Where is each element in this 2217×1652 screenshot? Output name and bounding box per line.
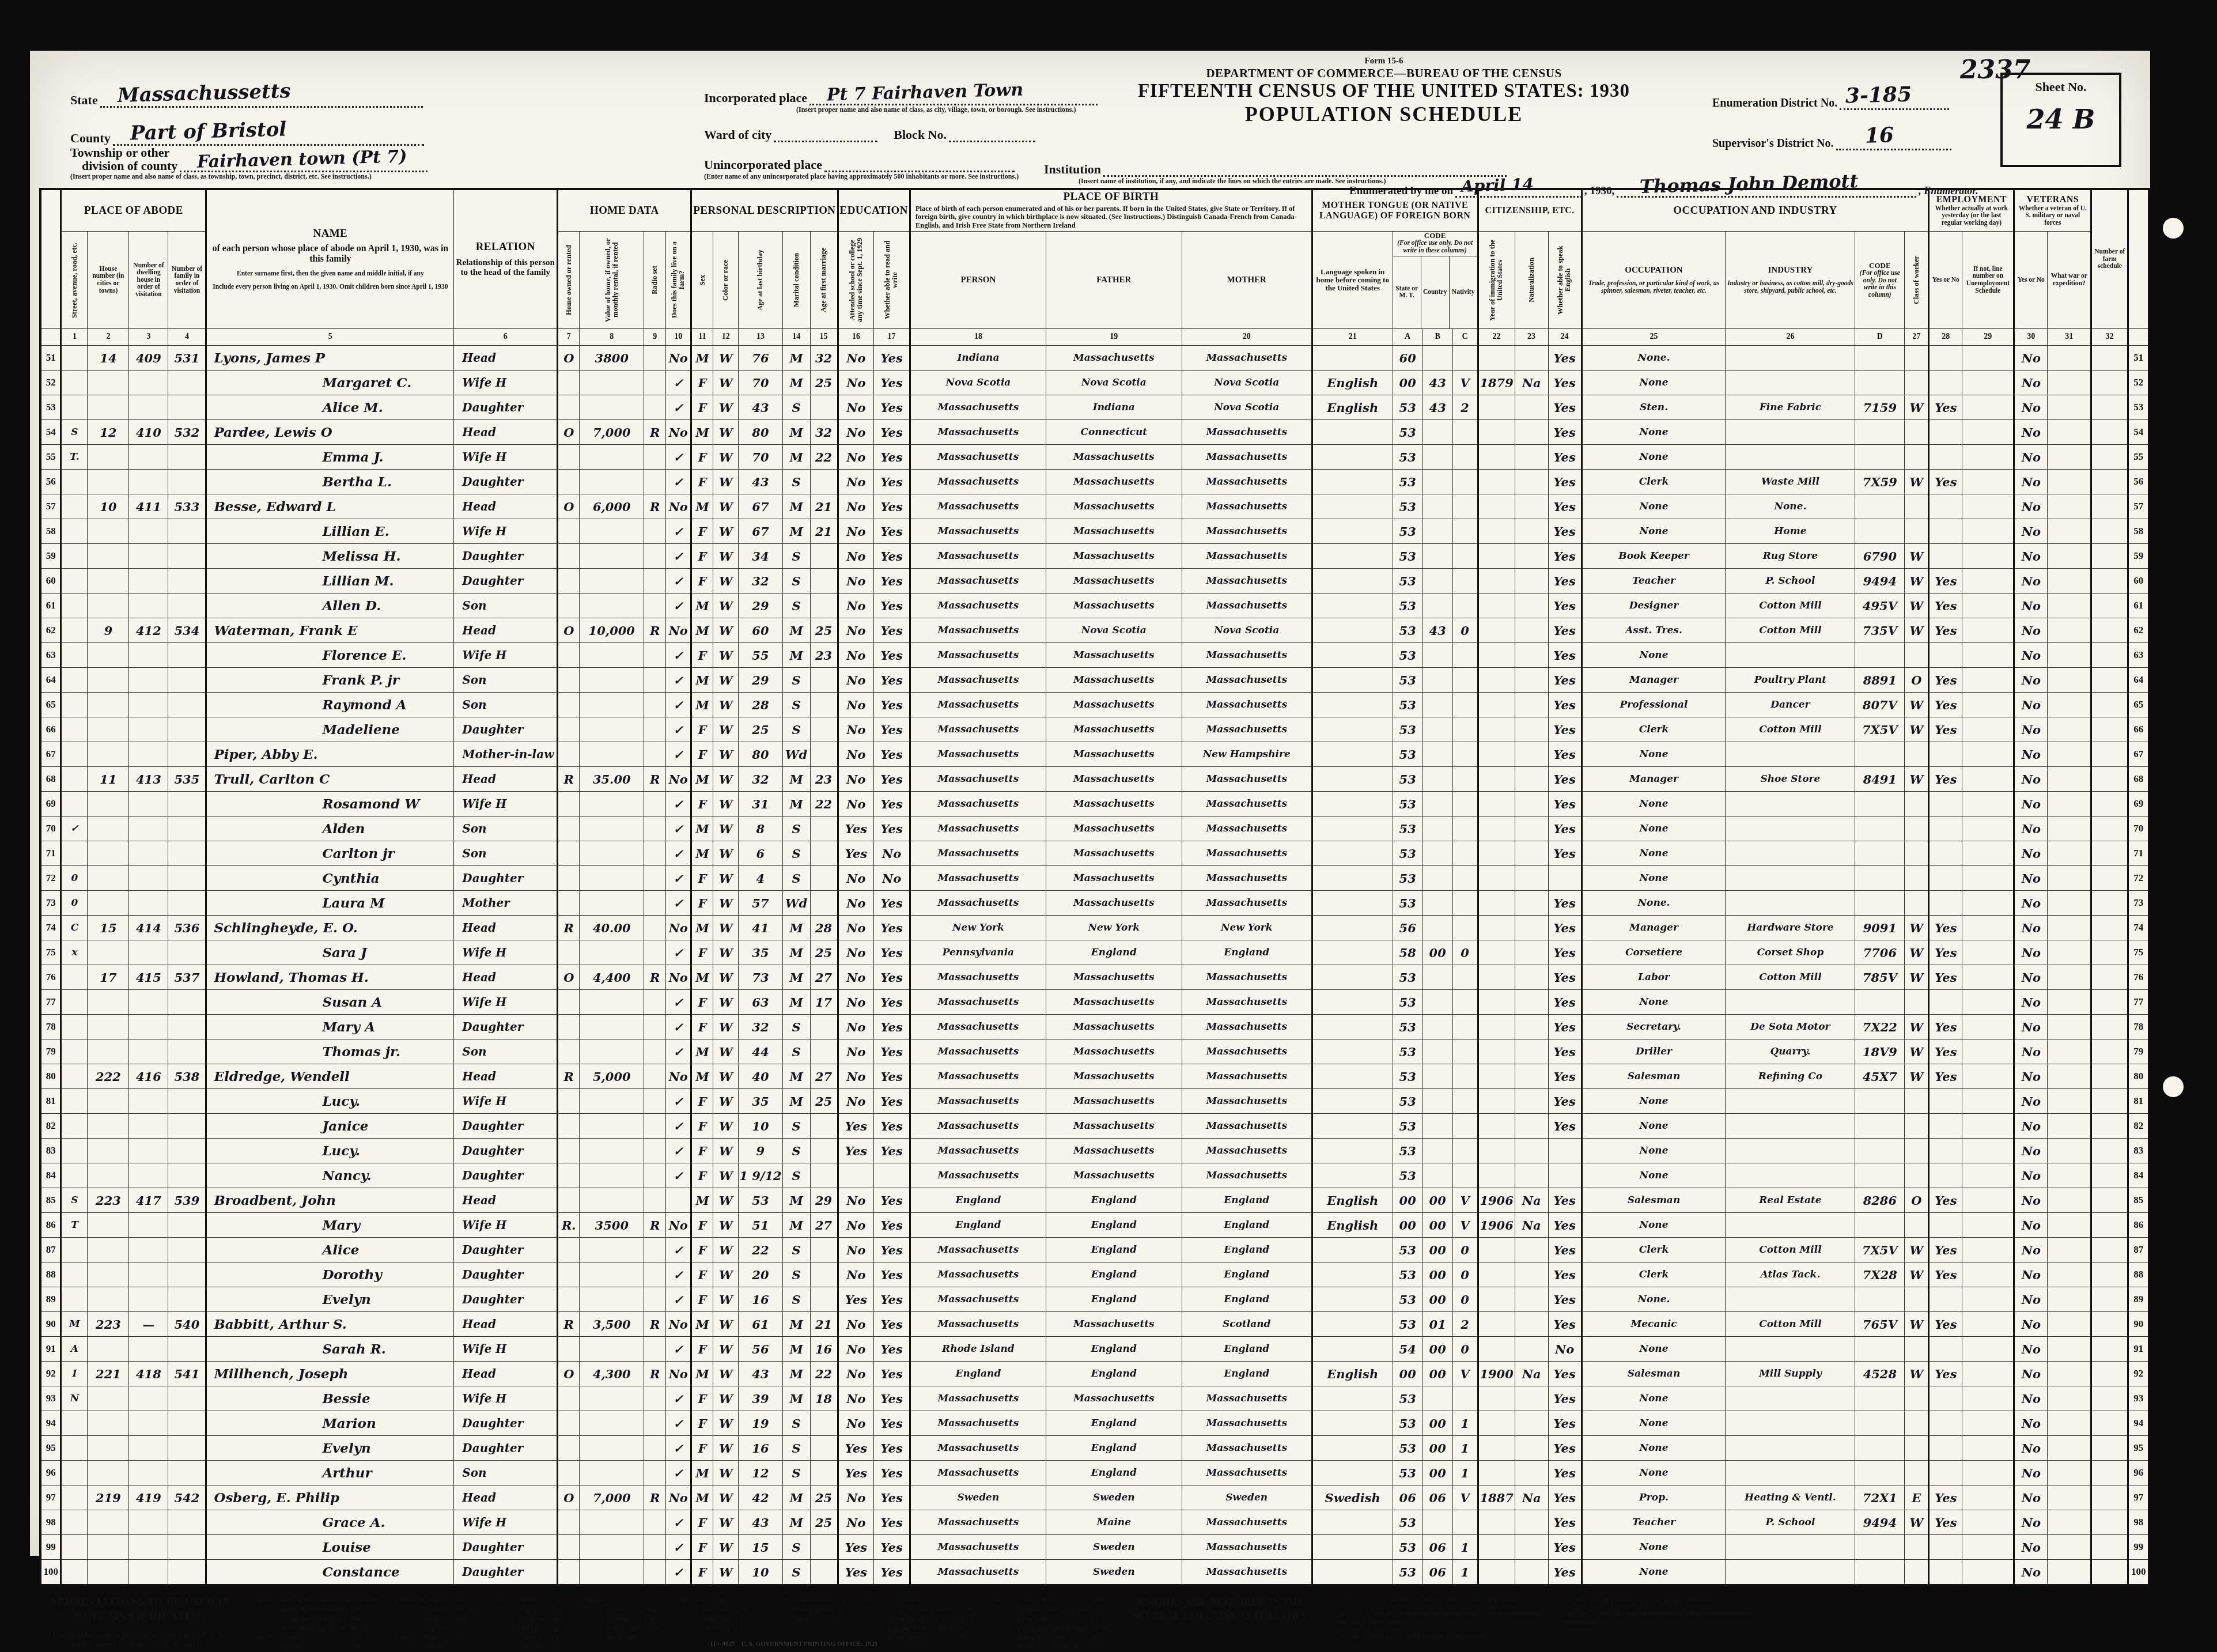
enumeration-district-field: Enumeration District No. 3-185 (1712, 84, 1949, 110)
cell-veteran: No (2014, 717, 2048, 742)
cell-race: W (713, 618, 739, 643)
cell-house-number: 12 (88, 420, 129, 445)
cell-immigration-year (1478, 1139, 1515, 1163)
cell-veteran: No (2014, 1461, 2048, 1485)
cell-code-c (1452, 1064, 1478, 1089)
cell-at-work: Yes (1929, 1015, 1962, 1039)
cell-code-a: 00 (1393, 1362, 1422, 1386)
cell-age: 43 (739, 470, 782, 494)
cell-occupation: None (1582, 1337, 1726, 1362)
cell-line-number: 81 (2128, 1089, 2149, 1114)
cell-school: No (838, 346, 874, 371)
cell-occupation: None (1582, 643, 1726, 668)
cell-occupation: None (1582, 1411, 1726, 1436)
cell-farm-schedule (2091, 816, 2128, 841)
cell-sex: M (691, 668, 713, 693)
cell-naturalization (1515, 693, 1548, 717)
header-age-first-marriage: Age at first marriage (810, 232, 838, 329)
cell-immigration-year (1478, 346, 1515, 371)
cell-naturalization (1515, 792, 1548, 816)
cell-speaks-english: Yes (1548, 1039, 1582, 1064)
cell-birthplace-mother: Massachusetts (1182, 519, 1312, 544)
cell-race: W (713, 816, 739, 841)
cell-house-number (88, 792, 129, 816)
cell-language: English (1312, 1213, 1393, 1238)
cell-unemployment-line (1962, 792, 2014, 816)
cell-sex: F (691, 717, 713, 742)
cell-dwelling-number (129, 1510, 168, 1535)
cell-code-d (1855, 891, 1905, 916)
cell-line-number: 86 (40, 1213, 61, 1238)
cell-read-write: Yes (874, 445, 910, 470)
supervisor-district-field: Supervisor's District No. 16 (1712, 124, 1951, 150)
cell-home-value (580, 1411, 644, 1436)
cell-speaks-english: Yes (1548, 668, 1582, 693)
cell-unemployment-line (1962, 519, 2014, 544)
cell-age: 9 (739, 1139, 782, 1163)
county-value: Part of Bristol (130, 118, 286, 145)
header-street: Street, avenue, road, etc. (61, 232, 88, 329)
cell-age-married (810, 1461, 838, 1485)
cell-speaks-english: Yes (1548, 346, 1582, 371)
header-industry: INDUSTRY Industry or business, as cotton… (1726, 232, 1855, 329)
cell-farm: ✓ (666, 742, 691, 767)
township-field: Township or other division of county Fai… (70, 145, 427, 181)
cell-language (1312, 1089, 1393, 1114)
cell-marital: S (782, 1039, 810, 1064)
cell-at-work: Yes (1929, 916, 1962, 940)
cell-birthplace-person: Massachusetts (910, 1560, 1046, 1586)
cell-occupation: None (1582, 371, 1726, 395)
cell-code-b (1422, 816, 1452, 841)
cell-code-b: 43 (1422, 371, 1452, 395)
cell-radio (644, 1188, 666, 1213)
cell-farm: ✓ (666, 792, 691, 816)
cell-family-number (168, 519, 206, 544)
cell-immigration-year (1478, 445, 1515, 470)
cell-farm-schedule (2091, 916, 2128, 940)
cell-birthplace-father: Indiana (1046, 395, 1182, 420)
cell-line-number: 82 (40, 1114, 61, 1139)
cell-veteran: No (2014, 841, 2048, 866)
cell-relation: Daughter (454, 1411, 558, 1436)
cell-birthplace-father: Massachusetts (1046, 519, 1182, 544)
cell-code-b (1422, 742, 1452, 767)
cell-unemployment-line (1962, 544, 2014, 569)
tongue-title-1: MOTHER TONGUE (OR NATIVE (1314, 201, 1476, 211)
cell-worker-class: W (1905, 1238, 1929, 1262)
cell-read-write: Yes (874, 916, 910, 940)
cell-race: W (713, 395, 739, 420)
cell-code-d (1855, 866, 1905, 891)
cell-veteran: No (2014, 420, 2048, 445)
cell-immigration-year (1478, 1262, 1515, 1287)
cell-name: Madeliene (206, 717, 454, 742)
census-row: 64Frank P. jrSon✓MW29SNoYesMassachusetts… (40, 668, 2149, 693)
cell-naturalization: Na (1515, 371, 1548, 395)
cell-family-number (168, 1461, 206, 1485)
cell-house-number (88, 544, 129, 569)
cell-veteran: No (2014, 1064, 2048, 1089)
cell-unemployment-line (1962, 470, 2014, 494)
cell-dwelling-number (129, 1213, 168, 1238)
cell-name: Bessie (206, 1386, 454, 1411)
cell-name: Bertha L. (206, 470, 454, 494)
cell-speaks-english: Yes (1548, 544, 1582, 569)
cell-sex: F (691, 371, 713, 395)
cell-birthplace-father: Massachusetts (1046, 1163, 1182, 1188)
cell-family-number (168, 1262, 206, 1287)
cell-sex: F (691, 445, 713, 470)
cell-line-number: 90 (40, 1312, 61, 1337)
column-number: 30 (2014, 329, 2048, 346)
cell-at-work (1929, 346, 1962, 371)
cell-code-b (1422, 1114, 1452, 1139)
cell-read-write: Yes (874, 1064, 910, 1089)
cell-code-a: 53 (1393, 1560, 1422, 1586)
cell-street (61, 965, 88, 990)
cell-home-value: 7,000 (580, 1485, 644, 1510)
code-c-label: Nativity (1450, 256, 1477, 328)
cell-code-d (1855, 346, 1905, 371)
cell-unemployment-line (1962, 1114, 2014, 1139)
cell-veteran: No (2014, 1485, 2048, 1510)
code-title: CODE (1393, 232, 1477, 240)
cell-age-married: 17 (810, 990, 838, 1015)
cell-unemployment-line (1962, 618, 2014, 643)
cell-birthplace-father: Massachusetts (1046, 1114, 1182, 1139)
cell-birthplace-person: Massachusetts (910, 668, 1046, 693)
cell-naturalization (1515, 816, 1548, 841)
cell-code-c: 0 (1452, 1238, 1478, 1262)
cell-code-c (1452, 470, 1478, 494)
cell-marital: M (782, 519, 810, 544)
cell-line-number: 72 (2128, 866, 2149, 891)
cell-at-work (1929, 792, 1962, 816)
cell-naturalization: Na (1515, 1213, 1548, 1238)
cell-street (61, 1411, 88, 1436)
cell-marital: S (782, 1139, 810, 1163)
census-row: 84Nancy.Daughter✓FW1 9/12SMassachusettsM… (40, 1163, 2149, 1188)
cell-age-married: 25 (810, 1510, 838, 1535)
cell-line-number: 99 (2128, 1535, 2149, 1560)
cell-dwelling-number (129, 1015, 168, 1039)
cell-relation: Wife H (454, 643, 558, 668)
cell-unemployment-line (1962, 445, 2014, 470)
cell-age-married: 32 (810, 346, 838, 371)
cell-street (61, 1163, 88, 1188)
cell-speaks-english: Yes (1548, 494, 1582, 519)
cell-house-number: 221 (88, 1362, 129, 1386)
cell-owned-rented: O (558, 618, 580, 643)
cell-occupation: Clerk (1582, 470, 1726, 494)
cell-radio: R (644, 1362, 666, 1386)
cell-war (2048, 1386, 2091, 1411)
cell-industry (1726, 742, 1855, 767)
cell-name: Piper, Abby E. (206, 742, 454, 767)
header-immigration-year: Year of immigration to the United States (1478, 232, 1515, 329)
cell-industry: Rug Store (1726, 544, 1855, 569)
cell-street (61, 544, 88, 569)
cell-language (1312, 420, 1393, 445)
cell-owned-rented (558, 593, 580, 618)
cell-marital: S (782, 1262, 810, 1287)
cell-war (2048, 1560, 2091, 1586)
cell-age-married: 32 (810, 420, 838, 445)
cell-birthplace-father: Nova Scotia (1046, 371, 1182, 395)
cell-birthplace-father: Massachusetts (1046, 1139, 1182, 1163)
cell-birthplace-mother: Massachusetts (1182, 668, 1312, 693)
cell-occupation: Manager (1582, 916, 1726, 940)
cell-occupation: Professional (1582, 693, 1726, 717)
cell-birthplace-mother: Massachusetts (1182, 693, 1312, 717)
cell-school: No (838, 395, 874, 420)
cell-code-b (1422, 990, 1452, 1015)
cell-birthplace-mother: Massachusetts (1182, 1039, 1312, 1064)
cell-farm: ✓ (666, 395, 691, 420)
cell-race: W (713, 990, 739, 1015)
cell-code-b (1422, 470, 1452, 494)
township-label-1: Township or other (70, 145, 169, 160)
cell-unemployment-line (1962, 1312, 2014, 1337)
cell-race: W (713, 1386, 739, 1411)
cell-code-c: 0 (1452, 618, 1478, 643)
cell-age-married: 23 (810, 643, 838, 668)
cell-home-value (580, 792, 644, 816)
cell-farm: ✓ (666, 1436, 691, 1461)
cell-family-number (168, 1139, 206, 1163)
cell-industry: Cotton Mill (1726, 1238, 1855, 1262)
cell-family-number (168, 792, 206, 816)
cell-worker-class: W (1905, 1064, 1929, 1089)
cell-veteran: No (2014, 618, 2048, 643)
name-title: NAME (208, 228, 452, 240)
cell-war (2048, 1015, 2091, 1039)
cell-home-value: 6,000 (580, 494, 644, 519)
cell-at-work (1929, 841, 1962, 866)
cell-home-value (580, 1510, 644, 1535)
cell-line-number: 97 (2128, 1485, 2149, 1510)
cell-read-write: Yes (874, 1411, 910, 1436)
cell-veteran: No (2014, 742, 2048, 767)
census-row: 93NBessieWife H✓FW39M18NoYesMassachusett… (40, 1386, 2149, 1411)
cell-at-work: Yes (1929, 717, 1962, 742)
cell-language (1312, 494, 1393, 519)
cell-marital: M (782, 346, 810, 371)
cell-immigration-year (1478, 593, 1515, 618)
cell-war (2048, 1089, 2091, 1114)
cell-line-number: 77 (40, 990, 61, 1015)
cell-unemployment-line (1962, 990, 2014, 1015)
cell-dwelling-number: 414 (129, 916, 168, 940)
cell-code-c (1452, 1510, 1478, 1535)
cell-industry (1726, 1535, 1855, 1560)
cell-unemployment-line (1962, 866, 2014, 891)
cell-industry: Mill Supply (1726, 1362, 1855, 1386)
cell-occupation: Teacher (1582, 1510, 1726, 1535)
cell-code-b (1422, 668, 1452, 693)
cell-read-write: Yes (874, 618, 910, 643)
cell-birthplace-father: England (1046, 1287, 1182, 1312)
cell-relation: Daughter (454, 1436, 558, 1461)
cell-code-b (1422, 965, 1452, 990)
header-war-expedition: What war or expedition? (2048, 232, 2091, 329)
cell-at-work (1929, 1386, 1962, 1411)
cell-speaks-english: Yes (1548, 420, 1582, 445)
cell-relation: Head (454, 1362, 558, 1386)
cell-age: 73 (739, 965, 782, 990)
cell-sex: F (691, 1163, 713, 1188)
cell-farm-schedule (2091, 1510, 2128, 1535)
cell-birthplace-father: Connecticut (1046, 420, 1182, 445)
cell-at-work (1929, 643, 1962, 668)
census-row: 91ASarah R.Wife H✓FW56M16NoYesRhode Isla… (40, 1337, 2149, 1362)
cell-family-number (168, 1238, 206, 1262)
cell-birthplace-person: Massachusetts (910, 742, 1046, 767)
cell-school: Yes (838, 841, 874, 866)
cell-at-work (1929, 1089, 1962, 1114)
cell-farm: No (666, 1362, 691, 1386)
cell-name: Trull, Carlton C (206, 767, 454, 792)
cell-line-number: 98 (2128, 1510, 2149, 1535)
cell-code-d: 18V9 (1855, 1039, 1905, 1064)
census-row: 98Grace A.Wife H✓FW43M25NoYesMassachuset… (40, 1510, 2149, 1535)
cell-language (1312, 346, 1393, 371)
institution-label: Institution (1044, 162, 1101, 176)
cell-veteran: No (2014, 1411, 2048, 1436)
cell-house-number (88, 1039, 129, 1064)
cell-age: 35 (739, 1089, 782, 1114)
cell-farm-schedule (2091, 1114, 2128, 1139)
cell-relation: Head (454, 916, 558, 940)
cell-naturalization (1515, 395, 1548, 420)
cell-language (1312, 643, 1393, 668)
cell-age-married (810, 544, 838, 569)
cell-immigration-year (1478, 841, 1515, 866)
cell-age-married (810, 1287, 838, 1312)
cell-home-value (580, 1535, 644, 1560)
cell-radio (644, 643, 666, 668)
cell-veteran: No (2014, 1039, 2048, 1064)
cell-language (1312, 618, 1393, 643)
cell-occupation: Clerk (1582, 717, 1726, 742)
cell-age-married: 16 (810, 1337, 838, 1362)
cell-house-number (88, 1114, 129, 1139)
cell-farm-schedule (2091, 569, 2128, 593)
cell-naturalization (1515, 1386, 1548, 1411)
cell-naturalization (1515, 916, 1548, 940)
cell-dwelling-number (129, 1262, 168, 1287)
cell-home-value: 7,000 (580, 420, 644, 445)
cell-farm-schedule (2091, 891, 2128, 916)
cell-race: W (713, 841, 739, 866)
cell-birthplace-father: England (1046, 940, 1182, 965)
cell-marital: M (782, 618, 810, 643)
cell-language: Swedish (1312, 1485, 1393, 1510)
cell-dwelling-number: 412 (129, 618, 168, 643)
cell-marital: M (782, 1485, 810, 1510)
cell-birthplace-person: Massachusetts (910, 1039, 1046, 1064)
cell-relation: Son (454, 593, 558, 618)
cell-farm-schedule (2091, 1064, 2128, 1089)
cell-industry (1726, 1436, 1855, 1461)
cell-race: W (713, 1485, 739, 1510)
cell-naturalization: Na (1515, 1188, 1548, 1213)
cell-worker-class (1905, 1386, 1929, 1411)
header-attended-school: Attended school or college any time sinc… (838, 232, 874, 329)
column-number: 10 (666, 329, 691, 346)
cell-age-married: 25 (810, 618, 838, 643)
cell-line-number: 62 (2128, 618, 2149, 643)
cell-line-number: 88 (2128, 1262, 2149, 1287)
cell-code-c (1452, 693, 1478, 717)
census-row: 81Lucy.Wife H✓FW35M25NoYesMassachusettsM… (40, 1089, 2149, 1114)
column-number: 2 (88, 329, 129, 346)
cell-birthplace-person: Massachusetts (910, 965, 1046, 990)
cell-home-value (580, 841, 644, 866)
cell-name: Alice M. (206, 395, 454, 420)
cell-code-d: 807V (1855, 693, 1905, 717)
cell-line-number: 75 (2128, 940, 2149, 965)
cell-owned-rented: O (558, 1485, 580, 1510)
cell-worker-class (1905, 1535, 1929, 1560)
cell-speaks-english: Yes (1548, 816, 1582, 841)
cell-code-c: 0 (1452, 1262, 1478, 1287)
cell-at-work (1929, 1213, 1962, 1238)
cell-school: No (838, 371, 874, 395)
cell-birthplace-person: New York (910, 916, 1046, 940)
cell-code-b: 00 (1422, 1337, 1452, 1362)
cell-veteran: No (2014, 1015, 2048, 1039)
cell-occupation: Sten. (1582, 395, 1726, 420)
cell-school: No (838, 1089, 874, 1114)
cell-radio (644, 1089, 666, 1114)
cell-code-a: 53 (1393, 1089, 1422, 1114)
cell-dwelling-number (129, 371, 168, 395)
cell-birthplace-mother: Massachusetts (1182, 816, 1312, 841)
cell-marital: S (782, 569, 810, 593)
cell-home-value: 10,000 (580, 618, 644, 643)
cell-street (61, 668, 88, 693)
cell-read-write: Yes (874, 940, 910, 965)
cell-house-number (88, 693, 129, 717)
cell-birthplace-mother: Sweden (1182, 1485, 1312, 1510)
cell-name: Thomas jr. (206, 1039, 454, 1064)
cell-farm-schedule (2091, 1312, 2128, 1337)
cell-street (61, 841, 88, 866)
cell-war (2048, 965, 2091, 990)
cell-age-married (810, 668, 838, 693)
cell-code-a: 53 (1393, 1436, 1422, 1461)
cell-street (61, 1485, 88, 1510)
cell-immigration-year (1478, 866, 1515, 891)
line-number-header-left (40, 189, 61, 329)
cell-farm-schedule (2091, 1188, 2128, 1213)
cell-farm: ✓ (666, 1461, 691, 1485)
cell-language (1312, 866, 1393, 891)
cell-line-number: 73 (2128, 891, 2149, 916)
cell-dwelling-number (129, 990, 168, 1015)
cell-relation: Head (454, 346, 558, 371)
cell-war (2048, 346, 2091, 371)
cell-code-c (1452, 717, 1478, 742)
cell-age: 41 (739, 916, 782, 940)
cell-home-value (580, 1386, 644, 1411)
cell-sex: F (691, 470, 713, 494)
cell-line-number: 78 (2128, 1015, 2149, 1039)
cell-naturalization (1515, 618, 1548, 643)
cell-code-d: 7X59 (1855, 470, 1905, 494)
